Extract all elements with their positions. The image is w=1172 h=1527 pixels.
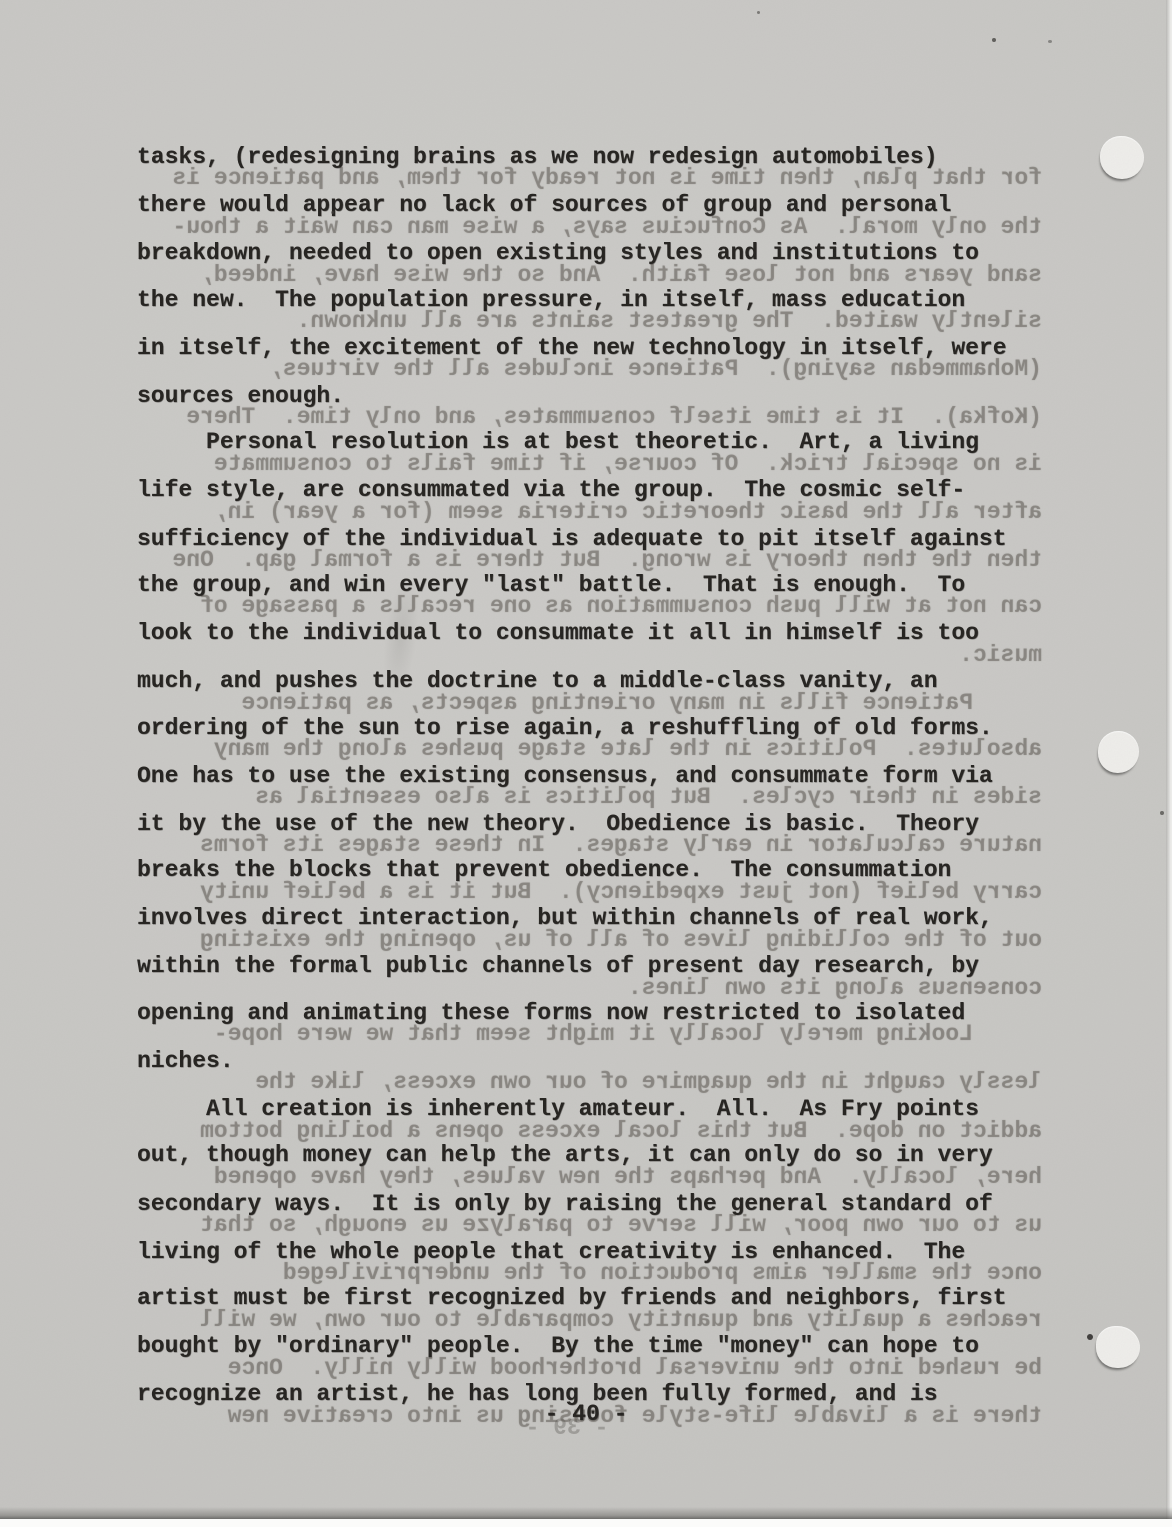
typescript-line: look to the individual to consummate it … — [137, 619, 979, 647]
paper-right-edge — [1166, 0, 1172, 1519]
scanned-page: { "document": { "page_number": "- 40 -",… — [0, 0, 1172, 1527]
paper-speck — [757, 11, 760, 14]
typescript-line: All creation is inherently amateur. All.… — [137, 1095, 979, 1123]
typescript-line: ordering of the sun to rise again, a res… — [137, 714, 993, 742]
typescript-line: bought by "ordinary" people. By the time… — [137, 1332, 979, 1360]
typescript-line: opening and animating these forms now re… — [137, 999, 965, 1027]
page-number: - 40 - — [0, 1400, 1172, 1428]
paper-bottom-edge — [0, 1507, 1172, 1519]
typescript-line: there would appear no lack of sources of… — [137, 191, 951, 219]
typescript-line: within the formal public channels of pre… — [137, 952, 979, 980]
paper-speck — [992, 38, 996, 42]
typescript-line: secondary ways. It is only by raising th… — [137, 1190, 993, 1218]
paper-speck — [1048, 40, 1052, 43]
typescript-line: breaks the blocks that prevent obedience… — [137, 856, 951, 884]
typescript-line: in itself, the excitement of the new tec… — [137, 334, 1007, 362]
paper-speck — [331, 211, 334, 214]
typescript-line: tasks, (redesigning brains as we now red… — [137, 143, 938, 171]
typescript-line: out, though money can help the arts, it … — [137, 1141, 993, 1169]
typescript-line: artist must be first recognized by frien… — [137, 1284, 1007, 1312]
punch-hole-bottom — [1096, 1326, 1140, 1368]
typescript-line: the group, and win every "last" battle. … — [137, 571, 965, 599]
typescript-line: One has to use the existing consensus, a… — [137, 762, 993, 790]
paper-speck — [1160, 811, 1164, 815]
typescript-line: breakdown, needed to open existing style… — [137, 239, 979, 267]
typescript-line: involves direct interaction, but within … — [137, 904, 993, 932]
typescript-line: living of the whole people that creativi… — [137, 1238, 965, 1266]
typescript-line: life style, are consummated via the grou… — [137, 476, 965, 504]
typescript-line: sources enough. — [137, 382, 344, 410]
punch-hole-middle — [1098, 731, 1139, 773]
typescript-line: the new. The population pressure, in its… — [137, 286, 965, 314]
typescript-line: sufficiency of the individual is adequat… — [137, 525, 1007, 553]
typescript-line: much, and pushes the doctrine to a middl… — [137, 667, 938, 695]
bleed-through-line: lessly caught in the quagmire of our own… — [114, 1068, 1042, 1096]
paper-sheet: for that plan, then time is not ready fo… — [0, 0, 1172, 1519]
typescript-line: Personal resolution is at best theoretic… — [137, 428, 979, 456]
punch-hole-top — [1100, 136, 1144, 179]
typescript-line: niches. — [137, 1047, 234, 1075]
typescript-line: it by the use of the new theory. Obedien… — [137, 810, 979, 838]
paper-speck — [1087, 1334, 1093, 1340]
